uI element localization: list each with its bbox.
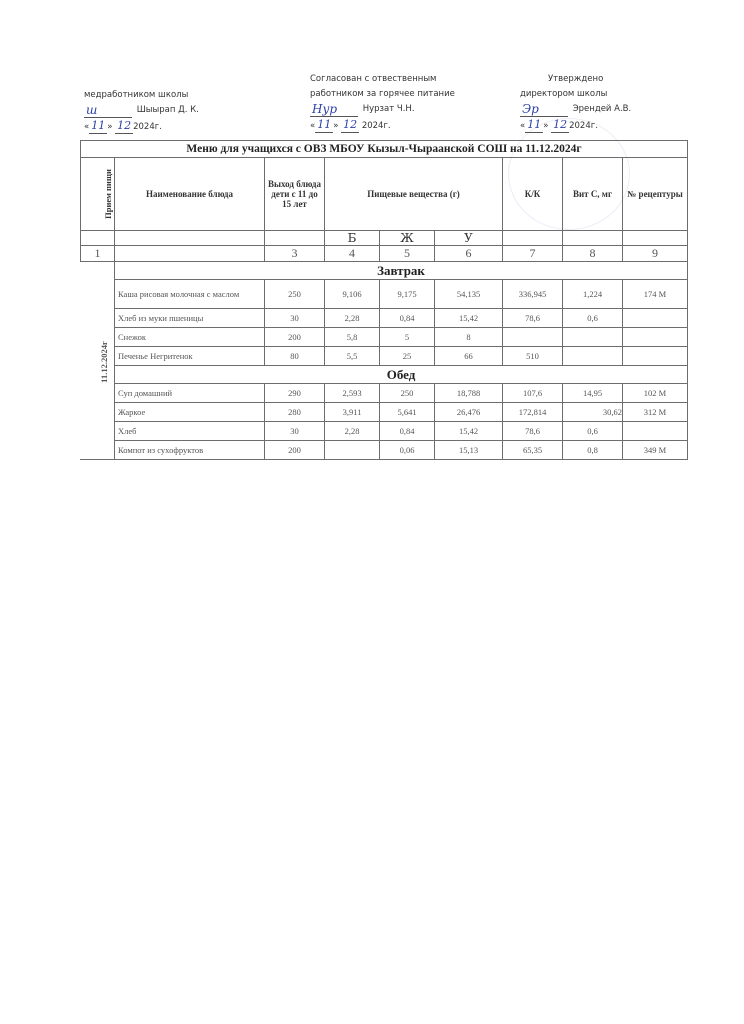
kcal-value: 78,6 (503, 422, 563, 441)
kcal-value (503, 328, 563, 347)
menu-title: Меню для учащихся с ОВЗ МБОУ Кызыл-Чыраа… (81, 141, 688, 158)
protein-value: 3,911 (325, 403, 380, 422)
date-year: 2024г. (569, 121, 598, 131)
dish-name: Печенье Негритенок (115, 347, 265, 366)
protein-label: Б (325, 231, 380, 246)
menu-table: Меню для учащихся с ОВЗ МБОУ Кызыл-Чыраа… (80, 140, 688, 460)
protein-value (325, 441, 380, 460)
recipe-number: 174 М (623, 280, 688, 309)
dish-name: Снежок (115, 328, 265, 347)
signer-name: Шыырап Д. К. (137, 105, 199, 115)
header-vitc: Вит С, мг (563, 158, 623, 231)
col-num: 6 (435, 246, 503, 262)
protein-value: 5,5 (325, 347, 380, 366)
menu-item-row: Каша рисовая молочная с маслом2509,1069,… (81, 280, 688, 309)
vitc-value (563, 328, 623, 347)
column-number-row: 1 3 4 5 6 7 8 9 (81, 246, 688, 262)
header-row: Прием пищи Наименование блюда Выход блюд… (81, 158, 688, 231)
col-num (115, 246, 265, 262)
menu-item-row: Суп домашний2902,59325018,788107,614,951… (81, 384, 688, 403)
empty-cell (503, 231, 563, 246)
protein-value: 2,593 (325, 384, 380, 403)
fat-value: 9,175 (380, 280, 435, 309)
menu-date: 11.12.2024г (99, 341, 109, 383)
section-row: Обед (81, 366, 688, 384)
kcal-value: 107,6 (503, 384, 563, 403)
kcal-value: 336,945 (503, 280, 563, 309)
portion-value: 250 (265, 280, 325, 309)
col-num: 9 (623, 246, 688, 262)
portion-value: 200 (265, 441, 325, 460)
dish-name: Каша рисовая молочная с маслом (115, 280, 265, 309)
portion-value: 280 (265, 403, 325, 422)
vitc-value: 0,6 (563, 422, 623, 441)
fat-label: Ж (380, 231, 435, 246)
menu-item-row: Жаркое2803,9115,64126,476172,81430,62312… (81, 403, 688, 422)
menu-date-cell: 11.12.2024г (81, 262, 115, 460)
signer-name: Эрендей А.В. (573, 104, 632, 114)
date-month: 12 (551, 117, 569, 133)
date-month: 12 (115, 118, 133, 134)
vitc-value: 1,224 (563, 280, 623, 309)
protein-value: 9,106 (325, 280, 380, 309)
dish-name: Хлеб (115, 422, 265, 441)
kcal-value: 78,6 (503, 309, 563, 328)
date-day: 11 (315, 117, 333, 133)
menu-item-row: Снежок2005,858 (81, 328, 688, 347)
approval-date: «11» 12 2024г. (310, 117, 391, 134)
handwritten-signature: Нур (312, 102, 337, 117)
director-title-line1: Утверждено (520, 72, 631, 87)
signature-line: Нур (310, 106, 358, 117)
col-num: 1 (81, 246, 115, 262)
kcal-value: 172,814 (503, 403, 563, 422)
menu-item-row: Компот из сухофруктов2000,0615,1365,350,… (81, 441, 688, 460)
carb-value: 54,135 (435, 280, 503, 309)
portion-value: 30 (265, 422, 325, 441)
col-num: 7 (503, 246, 563, 262)
recipe-number (623, 347, 688, 366)
menu-item-row: Хлеб302,280,8415,4278,60,6 (81, 422, 688, 441)
carb-value: 66 (435, 347, 503, 366)
approval-director: Утверждено директором школы Эр Эрендей А… (520, 72, 631, 134)
fat-value: 25 (380, 347, 435, 366)
portion-value: 290 (265, 384, 325, 403)
recipe-number (623, 422, 688, 441)
header-meal: Прием пищи (81, 158, 115, 231)
menu-item-row: Хлеб из муки пшеницы302,280,8415,4278,60… (81, 309, 688, 328)
empty-cell (623, 231, 688, 246)
carb-label: У (435, 231, 503, 246)
header-dish: Наименование блюда (115, 158, 265, 231)
dish-name: Хлеб из муки пшеницы (115, 309, 265, 328)
approval-header: медработником школы ш Шыырап Д. К. «11» … (0, 66, 744, 136)
date-month: 12 (341, 117, 359, 133)
col-num: 4 (325, 246, 380, 262)
carb-value: 15,42 (435, 309, 503, 328)
handwritten-signature: Эр (522, 102, 539, 117)
carb-value: 15,13 (435, 441, 503, 460)
portion-value: 200 (265, 328, 325, 347)
menu-item-row: Печенье Негритенок805,52566510 (81, 347, 688, 366)
date-day: 11 (525, 117, 543, 133)
col-num: 8 (563, 246, 623, 262)
section-title: Завтрак (115, 262, 688, 280)
carb-value: 26,476 (435, 403, 503, 422)
kcal-value: 510 (503, 347, 563, 366)
portion-value: 30 (265, 309, 325, 328)
col-num: 5 (380, 246, 435, 262)
approval-medical: медработником школы ш Шыырап Д. К. «11» … (84, 88, 199, 135)
signer-name: Нурзат Ч.Н. (363, 104, 415, 114)
recipe-number: 102 М (623, 384, 688, 403)
empty-cell (115, 231, 265, 246)
recipe-number (623, 328, 688, 347)
carb-value: 18,788 (435, 384, 503, 403)
recipe-number: 312 М (623, 403, 688, 422)
director-title-line2: директором школы (520, 87, 631, 102)
fat-value: 250 (380, 384, 435, 403)
fat-value: 0,84 (380, 422, 435, 441)
header-recipe: № рецептуры (623, 158, 688, 231)
recipe-number (623, 309, 688, 328)
date-year: 2024г. (133, 122, 162, 132)
carb-value: 8 (435, 328, 503, 347)
handwritten-signature: ш (86, 103, 97, 118)
approval-date: «11» 122024г. (84, 118, 162, 135)
empty-cell (81, 231, 115, 246)
signature-line: Эр (520, 106, 568, 117)
section-row: 11.12.2024гЗавтрак (81, 262, 688, 280)
date-day: 11 (89, 118, 107, 134)
header-portion: Выход блюда дети с 11 до 15 лет (265, 158, 325, 231)
approval-catering: Согласован с отвественным работником за … (310, 72, 455, 134)
fat-value: 5 (380, 328, 435, 347)
fat-value: 5,641 (380, 403, 435, 422)
protein-value: 5,8 (325, 328, 380, 347)
vitc-value (563, 347, 623, 366)
fat-value: 0,06 (380, 441, 435, 460)
approval-date: «11» 122024г. (520, 117, 598, 134)
recipe-number: 349 М (623, 441, 688, 460)
portion-value: 80 (265, 347, 325, 366)
protein-value: 2,28 (325, 422, 380, 441)
dish-name: Жаркое (115, 403, 265, 422)
empty-cell (563, 231, 623, 246)
kcal-value: 65,35 (503, 441, 563, 460)
vitc-value: 14,95 (563, 384, 623, 403)
section-title: Обед (115, 366, 688, 384)
medical-title: медработником школы (84, 88, 199, 103)
header-kcal: К/К (503, 158, 563, 231)
dish-name: Компот из сухофруктов (115, 441, 265, 460)
vitc-value: 30,62 (563, 403, 623, 422)
nutrient-letters-row: Б Ж У (81, 231, 688, 246)
vitc-value: 0,6 (563, 309, 623, 328)
protein-value: 2,28 (325, 309, 380, 328)
catering-title-line2: работником за горячее питание (310, 87, 455, 102)
catering-title-line1: Согласован с отвественным (310, 72, 455, 87)
dish-name: Суп домашний (115, 384, 265, 403)
fat-value: 0,84 (380, 309, 435, 328)
header-nutrients: Пищевые вещества (г) (325, 158, 503, 231)
signature-line: ш (84, 107, 132, 118)
col-num: 3 (265, 246, 325, 262)
carb-value: 15,42 (435, 422, 503, 441)
date-year: 2024г. (362, 121, 391, 131)
empty-cell (265, 231, 325, 246)
vitc-value: 0,8 (563, 441, 623, 460)
menu-title-row: Меню для учащихся с ОВЗ МБОУ Кызыл-Чыраа… (81, 141, 688, 158)
